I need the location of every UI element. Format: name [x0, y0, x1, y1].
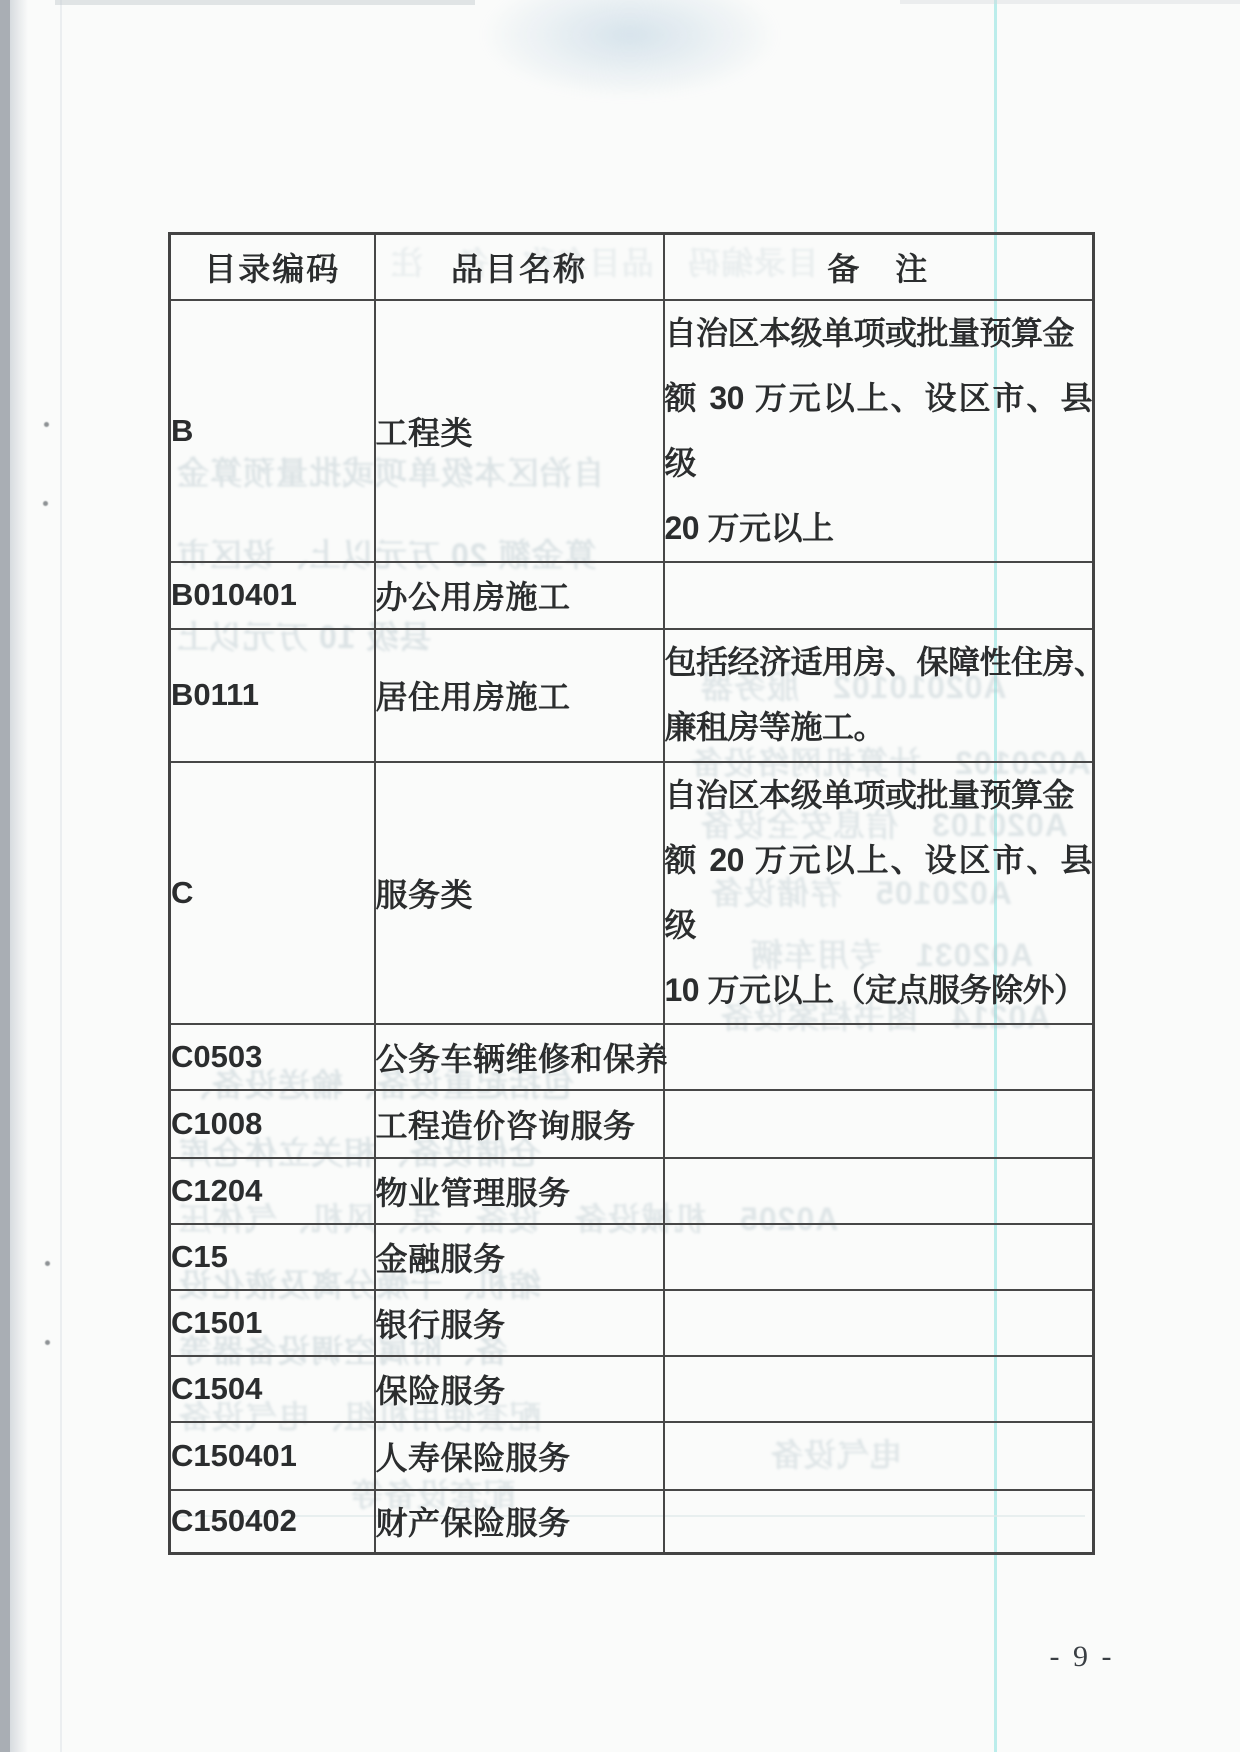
- remark-line: 20 万元以上: [665, 496, 1093, 561]
- cell-code: C1204: [170, 1158, 375, 1224]
- table-row: C1008 工程造价咨询服务: [170, 1090, 1094, 1158]
- table-row: B0111 居住用房施工 包括经济适用房、保障性住房、廉租房等施工。: [170, 629, 1094, 762]
- cell-remark: [664, 1224, 1094, 1290]
- cell-name: 财产保险服务: [375, 1490, 664, 1554]
- remark-line: 包括经济适用房、保障性住房、: [665, 630, 1093, 695]
- cell-remark: 自治区本级单项或批量预算金额 30 万元以上、设区市、县级20 万元以上: [664, 300, 1094, 562]
- table-row: B010401 办公用房施工: [170, 562, 1094, 629]
- cell-name: 金融服务: [375, 1224, 664, 1290]
- remark-line: 额 30 万元以上、设区市、县级: [665, 366, 1093, 496]
- cell-remark: 自治区本级单项或批量预算金额 20 万元以上、设区市、县级10 万元以上（定点服…: [664, 762, 1094, 1024]
- cell-name: 工程类: [375, 300, 664, 562]
- scanner-edge-fade: [10, 0, 28, 1752]
- cell-remark: 包括经济适用房、保障性住房、廉租房等施工。: [664, 629, 1094, 762]
- cell-code: B: [170, 300, 375, 562]
- cell-code: C0503: [170, 1024, 375, 1090]
- cell-name: 居住用房施工: [375, 629, 664, 762]
- page-number: - 9 -: [1022, 1640, 1142, 1674]
- cell-name: 保险服务: [375, 1356, 664, 1422]
- cell-code: C1501: [170, 1290, 375, 1356]
- cell-code: C15: [170, 1224, 375, 1290]
- scanner-edge-band: [0, 0, 10, 1752]
- cell-remark: [664, 562, 1094, 629]
- table-row: C150401 人寿保险服务: [170, 1422, 1094, 1490]
- cell-remark: [664, 1024, 1094, 1090]
- cell-remark: [664, 1158, 1094, 1224]
- cell-remark: [664, 1422, 1094, 1490]
- cell-remark: [664, 1090, 1094, 1158]
- table-row: C1204 物业管理服务: [170, 1158, 1094, 1224]
- header-remarks: 备 注: [664, 234, 1094, 300]
- remark-line: 自治区本级单项或批量预算金: [665, 301, 1093, 366]
- table-row: C0503 公务车辆维修和保养: [170, 1024, 1094, 1090]
- cell-code: C150401: [170, 1422, 375, 1490]
- remark-line: 廉租房等施工。: [665, 695, 1093, 760]
- remark-line: 10 万元以上（定点服务除外）: [665, 958, 1093, 1023]
- cell-code: C1504: [170, 1356, 375, 1422]
- cell-code: C1008: [170, 1090, 375, 1158]
- top-edge-artifact: [900, 0, 1240, 4]
- table-row: B 工程类 自治区本级单项或批量预算金额 30 万元以上、设区市、县级20 万元…: [170, 300, 1094, 562]
- table-row: C150402 财产保险服务: [170, 1490, 1094, 1554]
- cell-code: B0111: [170, 629, 375, 762]
- top-edge-artifact: [55, 0, 475, 5]
- ink-dot: [44, 422, 49, 427]
- table-row: C 服务类 自治区本级单项或批量预算金额 20 万元以上、设区市、县级10 万元…: [170, 762, 1094, 1024]
- header-item-name: 品目名称: [375, 234, 664, 300]
- cell-name: 工程造价咨询服务: [375, 1090, 664, 1158]
- ink-dot: [45, 1261, 50, 1266]
- cell-name: 人寿保险服务: [375, 1422, 664, 1490]
- remark-line: 额 20 万元以上、设区市、县级: [665, 828, 1093, 958]
- cell-name: 银行服务: [375, 1290, 664, 1356]
- scanned-document-page: { "page": { "number_label": "- 9 -" }, "…: [0, 0, 1240, 1752]
- cell-remark: [664, 1490, 1094, 1554]
- cell-code: B010401: [170, 562, 375, 629]
- remark-line: 自治区本级单项或批量预算金: [665, 763, 1093, 828]
- table-header-row: 目录编码 品目名称 备 注: [170, 234, 1094, 300]
- ink-dot: [45, 1340, 50, 1345]
- ink-dot: [43, 501, 48, 506]
- table-row: C1501 银行服务: [170, 1290, 1094, 1356]
- cell-name: 办公用房施工: [375, 562, 664, 629]
- table-row: C15 金融服务: [170, 1224, 1094, 1290]
- header-catalog-code: 目录编码: [170, 234, 375, 300]
- cell-name: 服务类: [375, 762, 664, 1024]
- cell-name: 公务车辆维修和保养: [375, 1024, 664, 1090]
- page-fold-line: [60, 0, 62, 1752]
- top-smudge-artifact: [480, 0, 780, 100]
- cell-name: 物业管理服务: [375, 1158, 664, 1224]
- cell-code: C: [170, 762, 375, 1024]
- table-row: C1504 保险服务: [170, 1356, 1094, 1422]
- procurement-catalog-table: 目录编码 品目名称 备 注 B 工程类 自治区本级单项或批量预算金额 30 万元…: [168, 232, 1095, 1555]
- cell-remark: [664, 1356, 1094, 1422]
- cell-code: C150402: [170, 1490, 375, 1554]
- cell-remark: [664, 1290, 1094, 1356]
